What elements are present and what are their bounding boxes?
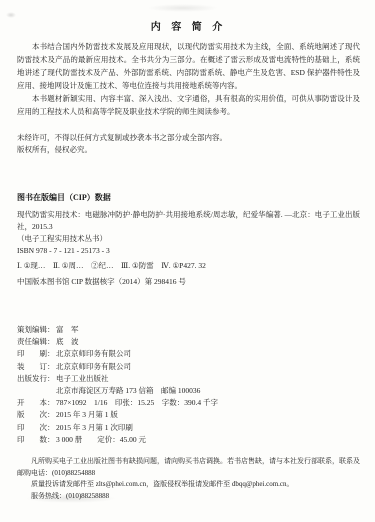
pub-label (17, 385, 56, 397)
cip-record: 现代防雷实用技术：电磁脉冲防护·静电防护·共用接地系统/周志敏，纪爱华编著. —… (17, 209, 360, 233)
purchase-notice: 凡所购买电子工业出版社图书有缺损问题，请向购买书店调换。若书店售缺，请与本社发行… (17, 456, 360, 502)
purchase-notice-line-3: 服务热线：(010)88258888 (17, 491, 360, 503)
intro-paragraph-1: 本书结合国内外防雷技术发展及应用现状，以现代防雷实用技术为主线，全面、系统地阐述… (17, 40, 360, 92)
pub-label: 开 本： (17, 397, 56, 409)
pub-row-printing: 印 次： 2015 年 3 月第 1 次印刷 (17, 422, 360, 434)
pub-row-binder: 装 订： 北京京师印务有限公司 (17, 361, 360, 373)
pub-row-print-run-price: 印 数： 3 000 册 定价：45.00 元 (17, 434, 360, 446)
scan-smudge-top (148, 4, 218, 12)
pub-row-edition: 版 次： 2015 年 3 月第 1 版 (17, 409, 360, 421)
page-title: 内 容 简 介 (17, 18, 360, 33)
pub-label: 印 次： (17, 422, 56, 434)
pub-value: 2015 年 3 月第 1 次印刷 (56, 422, 360, 434)
pub-label: 责任编辑： (17, 336, 56, 348)
pub-value: 北京京师印务有限公司 (56, 361, 360, 373)
cip-record-number: 中国版本图书馆 CIP 数据核字（2014）第 298416 号 (17, 276, 360, 288)
pub-value: 底 波 (56, 336, 360, 348)
pub-label: 印 数： (17, 434, 56, 446)
pub-row-printer: 印 刷： 北京京师印务有限公司 (17, 348, 360, 360)
scan-smudge-left (6, 12, 16, 18)
pub-value: 北京市海淀区万寿路 173 信箱 邮编 100036 (56, 385, 360, 397)
pub-label: 策划编辑： (17, 324, 56, 336)
pub-row-responsible-editor: 责任编辑： 底 波 (17, 336, 360, 348)
pub-value: 北京京师印务有限公司 (56, 348, 360, 360)
cip-block: 图书在版编目（CIP）数据 现代防雷实用技术：电磁脉冲防护·静电防护·共用接地系… (17, 192, 360, 288)
pub-row-address: 北京市海淀区万寿路 173 信箱 邮编 100036 (17, 385, 360, 397)
cip-heading: 图书在版编目（CIP）数据 (17, 192, 360, 203)
cip-isbn: ISBN 978 - 7 - 121 - 25173 - 3 (17, 245, 360, 257)
pub-label: 出版发行： (17, 373, 56, 385)
book-copyright-page: 内 容 简 介 本书结合国内外防雷技术发展及应用现状，以现代防雷实用技术为主线，… (0, 0, 375, 522)
pub-value: 富 军 (56, 324, 360, 336)
copyright-notice-line-2: 版权所有，侵权必究。 (17, 144, 360, 156)
purchase-notice-line-1: 凡所购买电子工业出版社图书有缺损问题，请向购买书店调换。若书店售缺，请与本社发行… (17, 456, 360, 479)
copyright-notice-line-1: 未经许可，不得以任何方式复制或抄袭本书之部分或全部内容。 (17, 132, 360, 144)
pub-value: 2015 年 3 月第 1 版 (56, 409, 360, 421)
intro-paragraph-2: 本书题材新颖实用、内容丰富、深入浅出、文字通俗，具有很高的实用价值，可供从事防雷… (17, 92, 360, 118)
pub-row-planning-editor: 策划编辑： 富 军 (17, 324, 360, 336)
cip-classification: Ⅰ. ①现… Ⅱ. ①周… ②纪… Ⅲ. ①防雷 Ⅳ. ①P427. 32 (17, 260, 360, 272)
pub-row-publisher: 出版发行： 电子工业出版社 (17, 373, 360, 385)
cip-series: （电子工程实用技术丛书） (17, 233, 360, 245)
pub-value: 电子工业出版社 (56, 373, 360, 385)
copyright-notice: 未经许可，不得以任何方式复制或抄袭本书之部分或全部内容。 版权所有，侵权必究。 (17, 132, 360, 156)
pub-label: 装 订： (17, 361, 56, 373)
pub-value: 3 000 册 定价：45.00 元 (56, 434, 360, 446)
purchase-notice-line-2: 质量投诉请发邮件至 zlts@phei.com.cn，盗版侵权举报请发邮件至 d… (17, 479, 360, 491)
pub-label: 版 次： (17, 409, 56, 421)
pub-row-format: 开 本： 787×1092 1/16 印张：15.25 字数：390.4 千字 (17, 397, 360, 409)
pub-value: 787×1092 1/16 印张：15.25 字数：390.4 千字 (56, 397, 360, 409)
pub-label: 印 刷： (17, 348, 56, 360)
publication-info: 策划编辑： 富 军 责任编辑： 底 波 印 刷： 北京京师印务有限公司 装 订：… (17, 324, 360, 446)
